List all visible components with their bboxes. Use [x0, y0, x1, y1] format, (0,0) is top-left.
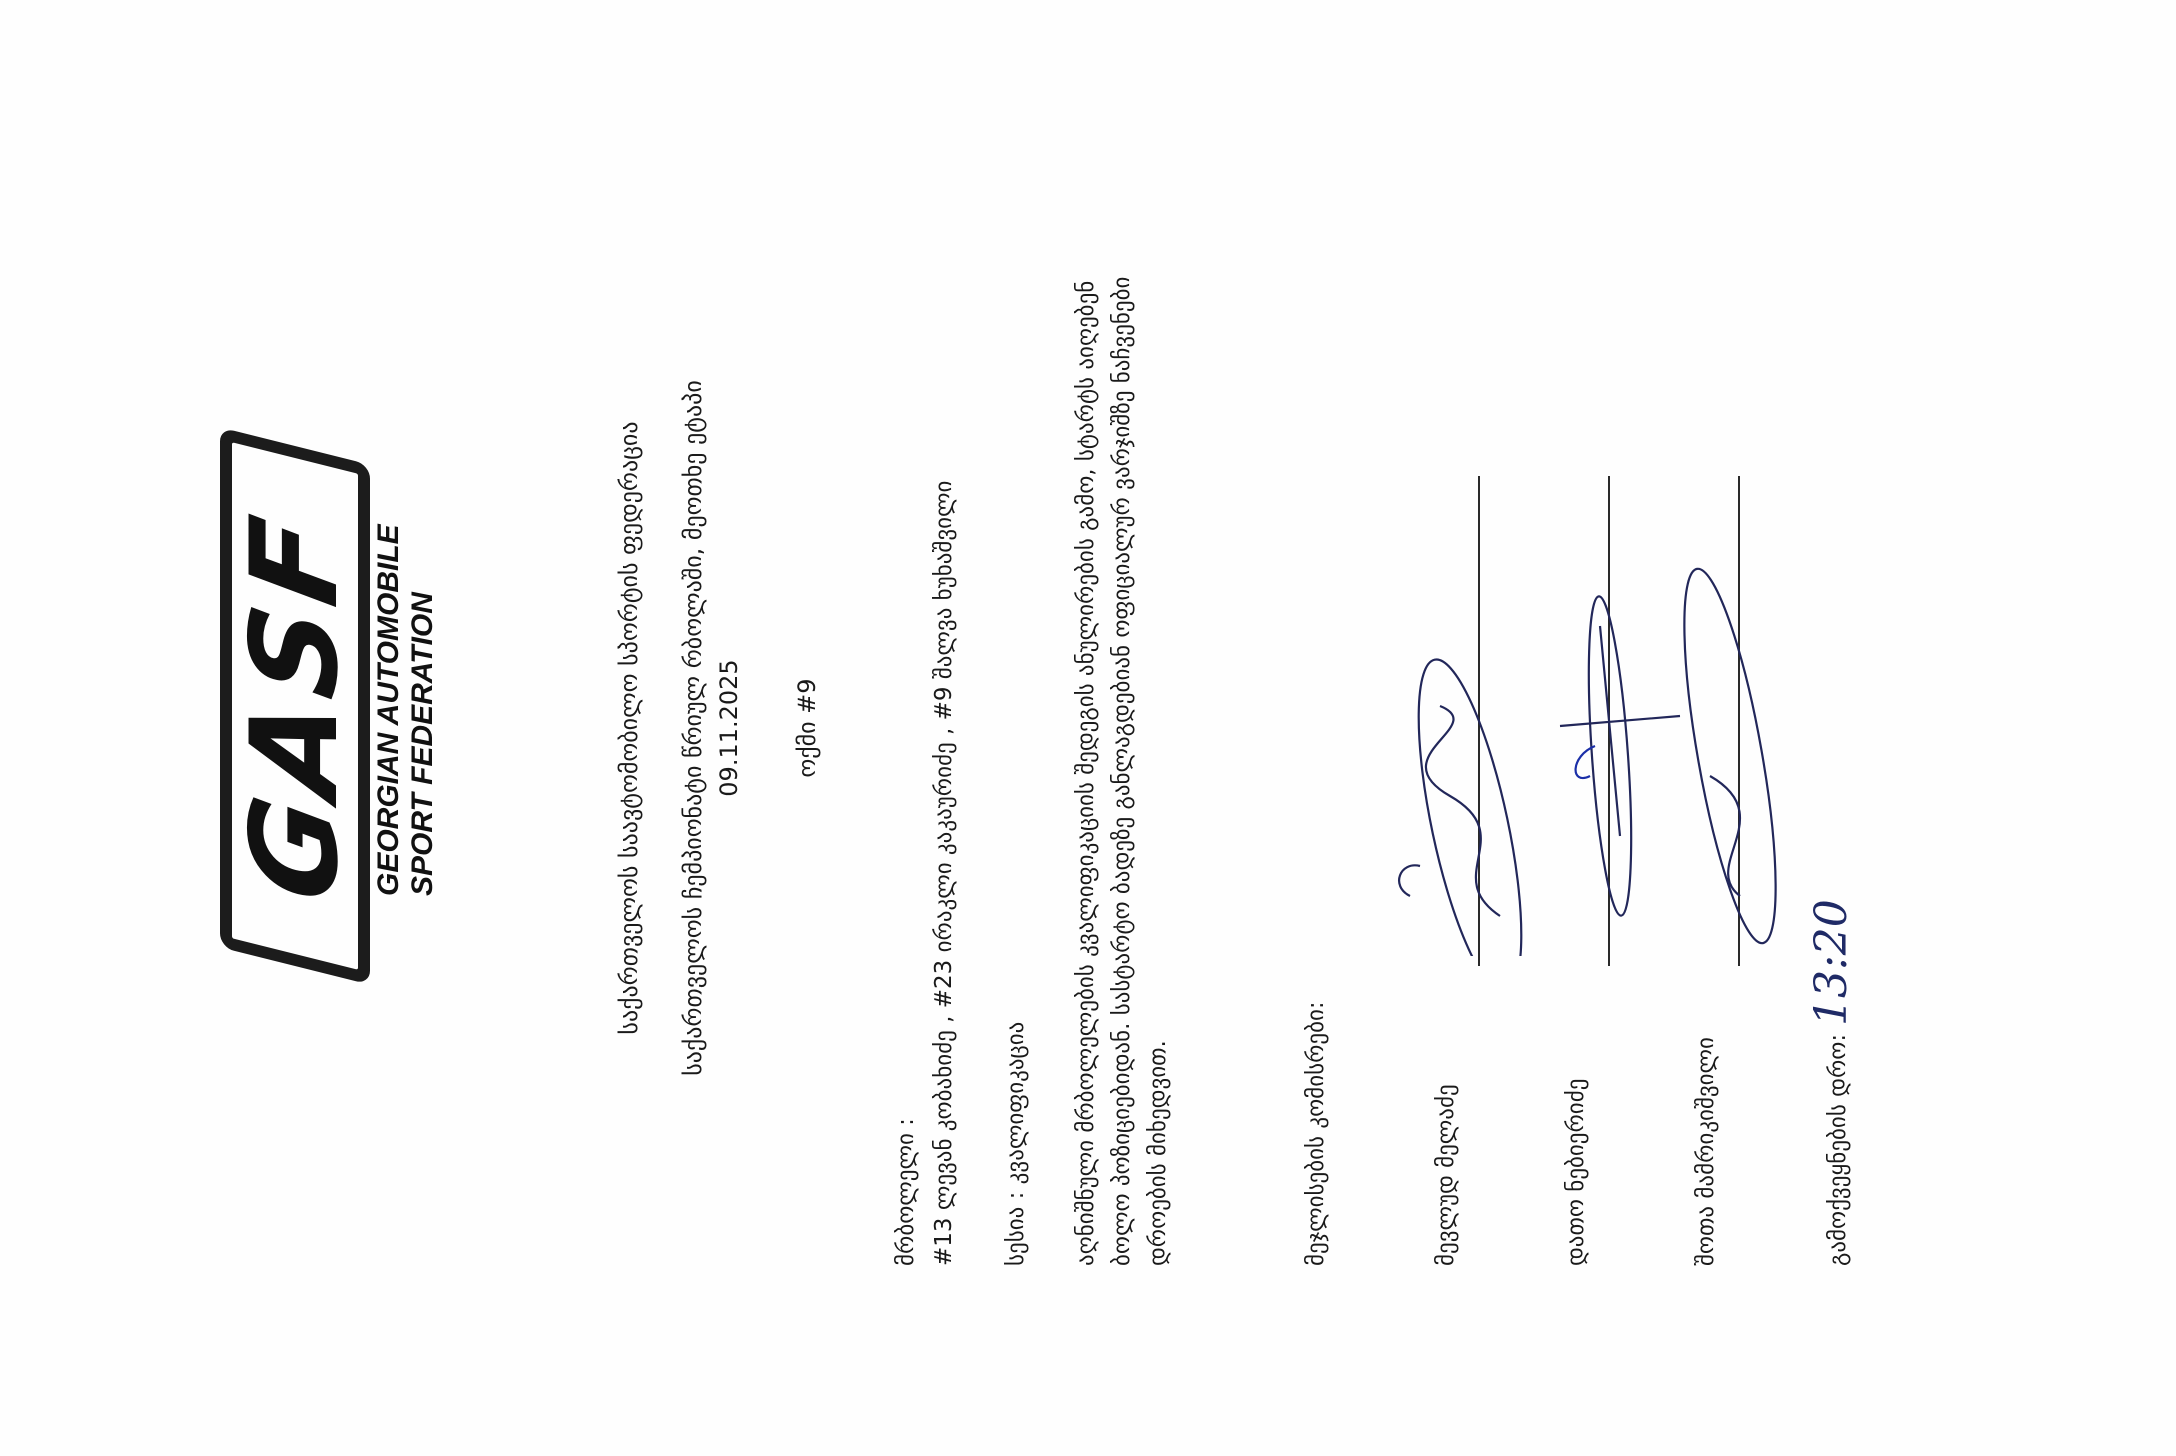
logo-subtitle-line2: SPORT FEDERATION	[406, 476, 440, 896]
drivers-label: მრბოლელი :	[890, 1118, 923, 1266]
logo-frame: GASF	[220, 427, 370, 984]
gasf-logo: GASF	[220, 446, 380, 966]
session-line: სესია : კვალიფიკაცია	[1000, 1022, 1033, 1266]
signature-1-icon	[1397, 652, 1542, 956]
document-page: GASF GEORGIAN AUTOMOBILE SPORT FEDERATIO…	[0, 0, 2176, 1456]
steward-name-1: მევლუდ მელაძე	[1430, 1084, 1463, 1266]
event-title: საქართველოს ჩემპიონატი წრიულ რბოლაში, მე…	[676, 0, 710, 1456]
publication-label: გამოქვეყნების დრო:	[1822, 1034, 1855, 1266]
decision-text: აღნიშნული მრბოლელების კვალიფიკაციის შედე…	[1068, 246, 1176, 1266]
logo-subtitle-line1: GEORGIAN AUTOMOBILE	[372, 476, 406, 896]
steward-name-2: დათო ნებიერიძე	[1560, 1079, 1593, 1266]
signature-3-icon	[1665, 563, 1794, 948]
signatures	[1380, 476, 1800, 956]
publication-time: 13:20	[1806, 899, 1857, 1026]
drivers-list: #13 ლევან კობახიძე , #23 ირაკლი კაკაურიძ…	[928, 481, 961, 1266]
stewards-label: მეჯლისების კომისრები:	[1300, 1001, 1333, 1266]
signature-2-icon	[1581, 595, 1639, 917]
steward-name-3: შოთა მამრიკიშვილი	[1690, 1037, 1723, 1266]
protocol-number: ოქმი #9	[790, 0, 824, 1456]
organization-title: საქართველოს საავტომობილო სპორტის ფედერაც…	[612, 0, 646, 1456]
logo-subtitle: GEORGIAN AUTOMOBILE SPORT FEDERATION	[372, 476, 440, 896]
logo-mark: GASF	[226, 502, 365, 911]
event-date: 09.11.2025	[712, 0, 746, 1456]
